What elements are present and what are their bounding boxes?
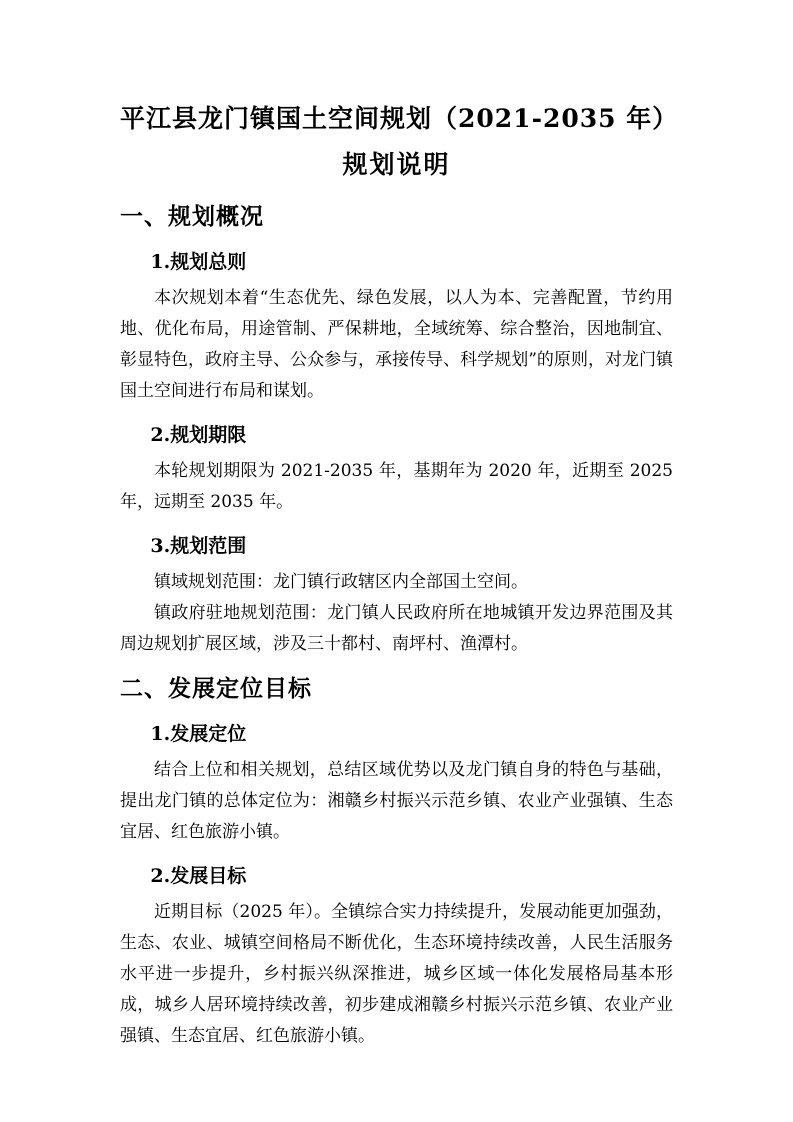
paragraph-development-positioning: 结合上位和相关规划，总结区域优势以及龙门镇自身的特色与基础，提出龙门镇的总体定位… [120,755,673,848]
document-page: 平江县龙门镇国土空间规划（2021-2035 年） 规划说明 一、规划概况 1.… [0,0,793,1122]
subsection-heading-development-positioning: 1.发展定位 [150,719,673,749]
section-heading-development-goals: 二、发展定位目标 [120,672,673,706]
subsection-heading-general-rules: 1.规划总则 [150,247,673,277]
paragraph-planning-period: 本轮规划期限为 2021-2035 年，基期年为 2020 年，近期至 2025… [120,456,673,518]
section-heading-overview: 一、规划概况 [120,200,673,234]
paragraph-government-seat-scope: 镇政府驻地规划范围：龙门镇人民政府所在地城镇开发边界范围及其周边规划扩展区域，涉… [120,598,673,660]
paragraph-development-targets: 近期目标（2025 年）。全镇综合实力持续提升，发展动能更加强劲，生态、农业、城… [120,897,673,1052]
paragraph-general-rules: 本次规划本着“生态优先、绿色发展，以人为本、完善配置，节约用地、优化布局，用途管… [120,283,673,407]
subsection-heading-planning-scope: 3.规划范围 [150,531,673,561]
subsection-heading-development-targets: 2.发展目标 [150,861,673,891]
paragraph-town-area-scope: 镇域规划范围：龙门镇行政辖区内全部国土空间。 [120,567,673,598]
document-title: 平江县龙门镇国土空间规划（2021-2035 年） [120,96,673,142]
subsection-heading-planning-period: 2.规划期限 [150,420,673,450]
document-subtitle: 规划说明 [120,142,673,188]
